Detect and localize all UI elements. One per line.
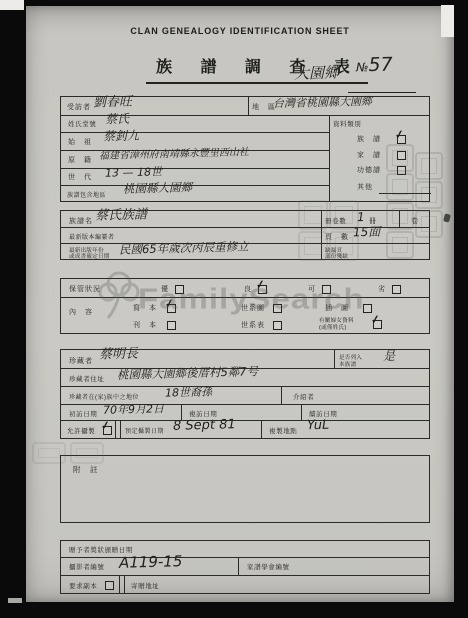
pages-value: 15面 xyxy=(353,226,381,239)
rule xyxy=(61,575,429,576)
society-number-label: 家譜學會編號 xyxy=(247,562,290,571)
coverage-value: 桃園縣大園鄉 xyxy=(123,182,192,195)
coverage-label: 族譜包含地區 xyxy=(67,190,106,199)
partially-damaged-label: 部份殘缺 xyxy=(325,252,348,260)
original-home-value: 福建省漳州府南靖縣永豐里西山社 xyxy=(99,148,249,162)
condition-content-table: 保管狀況 優 良 ✓ 可 劣 內 容 寫 本 ✓ 世系圖 插 圖 刊 本 xyxy=(60,278,430,334)
content-label: 內 容 xyxy=(69,307,93,317)
pages-label: 頁 數 xyxy=(325,232,349,242)
basic-info-table: 受訪者 劉春旺 地 區 台灣省桃園縣大園鄉 姓氏堂號 蔡氏 始 祖 蔡釗九 原 … xyxy=(60,96,430,202)
category-option-merit-register: 功德譜 xyxy=(357,165,381,175)
ink-blot xyxy=(443,213,451,222)
copy-location-value: YuL xyxy=(307,419,330,433)
paper-sheet: CLAN GENEALOGY IDENTIFICATION SHEET 族 譜 … xyxy=(26,6,454,602)
owner-value: 蔡明長 xyxy=(99,347,138,361)
illustrations-label: 插 圖 xyxy=(325,303,349,313)
checkbox-fair xyxy=(322,285,331,294)
third-visit-label: 續訪日期 xyxy=(309,409,337,418)
rule xyxy=(61,132,329,133)
owner-table: 珍藏者 蔡明長 是否列入 本族譜 是 珍藏者住址 桃園縣大園鄉後厝村5鄰7号 珍… xyxy=(60,349,430,439)
owner-position-value: 18世裔孫 xyxy=(165,386,212,398)
handwritten-region: 大園鄉 xyxy=(294,65,339,81)
interviewee-value: 劉春旺 xyxy=(93,95,132,109)
rule xyxy=(61,297,429,298)
generations-label: 世 代 xyxy=(68,172,92,182)
checkbox-illustrations xyxy=(363,304,372,313)
rule xyxy=(248,97,249,115)
scan-artifact-top-right xyxy=(441,5,454,37)
donor-award-date-label: 贈予者獎狀頒贈日期 xyxy=(69,545,133,554)
rule xyxy=(61,386,429,387)
owner-address-label: 珍藏者住址 xyxy=(69,374,105,383)
checkmark: ✓ xyxy=(164,298,175,310)
notes-label: 附 註 xyxy=(73,464,99,475)
owner-label: 珍藏者 xyxy=(69,356,93,366)
pedigree-table-label: 世系表 xyxy=(241,320,265,330)
category-label: 資料類別 xyxy=(333,119,361,128)
condition-fair-label: 可 xyxy=(308,284,316,294)
rule xyxy=(281,386,282,404)
rule xyxy=(119,575,125,593)
category-option-family-genealogy: 家 譜 xyxy=(357,150,381,160)
genealogy-info-table: 族譜名 蔡氏族譜 冊卷數 1 冊 卷 最新版本編纂者 頁 數 15面 最新出版年… xyxy=(60,210,430,260)
filming-permission-label: 允許攝製 xyxy=(67,426,95,435)
number-value: 57 xyxy=(368,54,393,77)
surname-hall-label: 姓氏堂號 xyxy=(68,119,96,128)
owner-address-value: 桃園縣大園鄉後厝村5鄰7号 xyxy=(117,366,258,381)
latest-editor-label: 最新版本編纂者 xyxy=(69,232,115,241)
publication-date-value: 民國65年歲次丙辰重修立 xyxy=(119,241,249,256)
notes-box: 附 註 xyxy=(60,455,430,523)
checkmark: ✓ xyxy=(100,420,111,432)
generations-value: 13 — 18世 xyxy=(105,166,162,178)
condition-excellent-label: 優 xyxy=(161,284,169,294)
listed-value: 是 xyxy=(383,350,395,362)
photographer-number-label: 攝影者編號 xyxy=(69,562,105,571)
volumes-value: 1 xyxy=(357,211,365,223)
rule xyxy=(61,168,329,169)
checkbox-excellent xyxy=(175,285,184,294)
checkbox-poor xyxy=(392,285,401,294)
owner-position-label: 珍藏者在(家)族中之地位 xyxy=(69,392,139,401)
checkmark: ✓ xyxy=(394,129,405,141)
scheduled-filming-date-label: 預定攝製日期 xyxy=(125,426,164,435)
rule xyxy=(329,115,330,201)
rule xyxy=(321,211,322,259)
printed-edition-label: 刊 本 xyxy=(133,320,157,330)
number-underline xyxy=(348,92,416,93)
rule xyxy=(61,557,429,558)
condition-poor-label: 劣 xyxy=(378,284,386,294)
volumes-unit-juan: 卷 xyxy=(411,216,419,226)
original-home-label: 原 籍 xyxy=(68,155,92,165)
rule xyxy=(238,557,239,575)
surname-hall-value: 蔡氏 xyxy=(105,113,129,126)
second-visit-label: 複訪日期 xyxy=(189,409,217,418)
first-ancestor-label: 始 祖 xyxy=(68,137,92,147)
scanned-document: CLAN GENEALOGY IDENTIFICATION SHEET 族 譜 … xyxy=(0,0,468,618)
volumes-label: 冊卷數 xyxy=(325,216,346,225)
genealogy-title-label: 族譜名 xyxy=(69,216,93,226)
rule xyxy=(399,211,400,227)
sheet-english-title: CLAN GENEALOGY IDENTIFICATION SHEET xyxy=(26,26,454,36)
other-underline xyxy=(379,193,431,194)
manuscript-label: 寫 本 xyxy=(133,303,157,313)
category-option-clan-genealogy: 族 譜 xyxy=(357,134,381,144)
rule xyxy=(61,185,329,186)
rule xyxy=(115,420,121,438)
scan-artifact-bottom-left xyxy=(8,598,22,603)
checkbox-pedigree-chart xyxy=(273,304,282,313)
checkbox-family-genealogy xyxy=(397,151,406,160)
interviewee-label: 受訪者 xyxy=(67,102,91,112)
publication-date-label-line2: 或成書確定日期 xyxy=(69,252,110,260)
genealogy-title-value: 蔡氏族譜 xyxy=(95,208,147,222)
rule xyxy=(334,350,335,368)
category-other-label: 其他 xyxy=(357,182,373,192)
mailing-address-label: 寄贈地址 xyxy=(131,581,159,590)
condition-label: 保管狀況 xyxy=(69,284,101,294)
checkbox-printed-edition xyxy=(167,321,176,330)
women-data-label-line2: (或僅姓氏) xyxy=(319,323,346,331)
copy-request-label: 要求副本 xyxy=(69,581,97,590)
scan-artifact-top-left xyxy=(0,0,24,10)
condition-good-label: 良 xyxy=(244,284,252,294)
numbering-table: 贈予者獎狀頒贈日期 攝影者編號 A119-15 家譜學會編號 要求副本 寄贈地址 xyxy=(60,540,430,594)
first-visit-label: 初訪日期 xyxy=(69,409,97,418)
scheduled-filming-date-value: 8 Sept 81 xyxy=(173,418,236,433)
photographer-number-value: A119-15 xyxy=(119,554,183,571)
checkmark: ✓ xyxy=(370,314,381,326)
listed-label-line2: 本族譜 xyxy=(339,360,356,368)
handwritten-sheet-number: №57 xyxy=(356,56,393,76)
first-ancestor-value: 蔡釗九 xyxy=(103,130,139,143)
rule xyxy=(261,420,262,438)
introducer-label: 介紹者 xyxy=(293,392,314,401)
first-visit-value: 70年9月2日 xyxy=(103,403,164,416)
checkbox-copy-request xyxy=(105,581,114,590)
number-prefix: № xyxy=(356,60,369,74)
copy-location-label: 複製地點 xyxy=(269,426,297,435)
pedigree-chart-label: 世系圖 xyxy=(241,303,265,313)
district-value: 台灣省桃園縣大園鄉 xyxy=(273,96,372,110)
checkbox-pedigree-table xyxy=(273,321,282,330)
checkbox-merit-register xyxy=(397,166,406,175)
checkmark: ✓ xyxy=(255,279,266,291)
rule xyxy=(301,404,302,420)
